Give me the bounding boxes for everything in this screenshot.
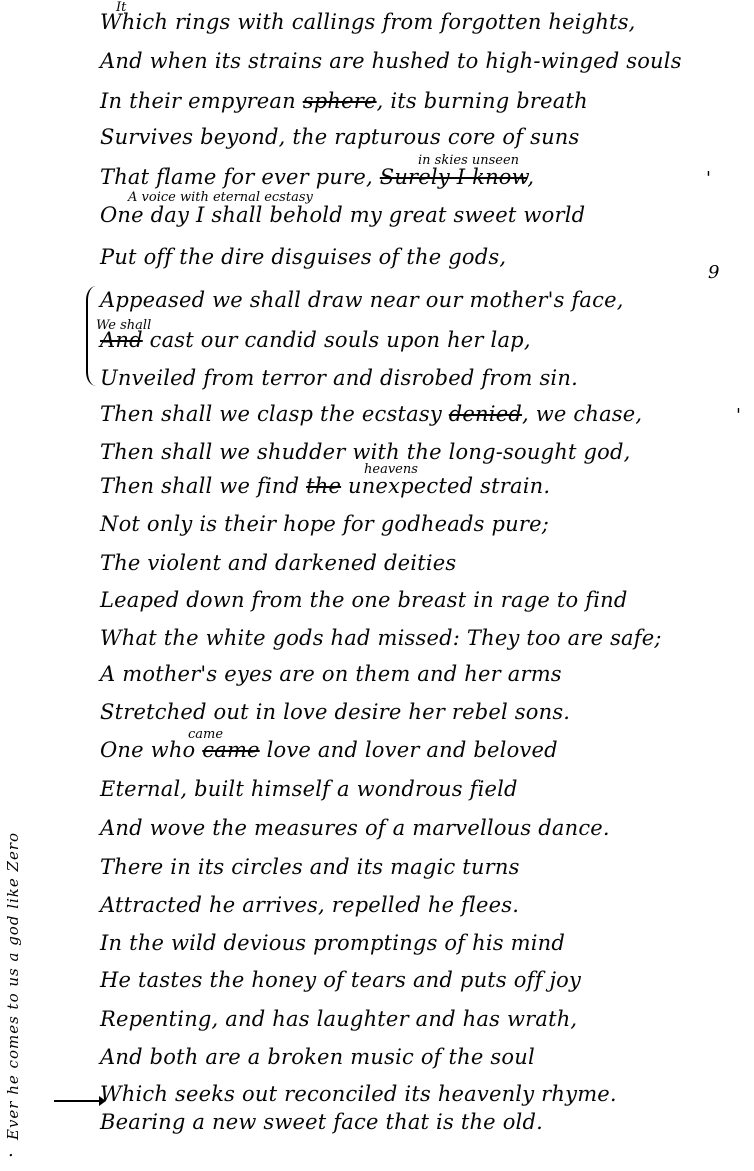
poem-line-25: In the wild devious promptings of his mi… (100, 931, 565, 955)
line-text: cast our candid souls upon her lap, (143, 328, 531, 352)
poem-line-12: Then shall we shudder with the long-soug… (100, 440, 630, 464)
poem-line-8: Appeased we shall draw near our mother's… (100, 288, 624, 312)
struck-word: denied (449, 402, 522, 426)
poem-line-21: Eternal, built himself a wondrous field (100, 777, 518, 801)
poem-line-23: There in its circles and its magic turns (100, 855, 520, 879)
poem-line-26: He tastes the honey of tears and puts of… (100, 968, 581, 992)
poem-line-6: One day I shall behold my great sweet wo… (100, 203, 585, 227)
poem-line-17: What the white gods had missed: They too… (100, 626, 662, 650)
poem-line-7: Put off the dire disguises of the gods, (100, 245, 506, 269)
line-text: unexpected strain. (341, 474, 550, 498)
poem-line-10: Unveiled from terror and disrobed from s… (100, 366, 578, 390)
struck-word: the (306, 474, 341, 498)
poem-line-27: Repenting, and has laughter and has wrat… (100, 1007, 577, 1031)
line-text: , (527, 165, 534, 189)
poem-line-19: Stretched out in love desire her rebel s… (100, 700, 570, 724)
poem-line-22: And wove the measures of a marvellous da… (100, 816, 610, 840)
manuscript-page: It Which rings with callings from forgot… (0, 0, 754, 1171)
line-text: In their empyrean (100, 89, 303, 113)
poem-line-13: Then shall we find the unexpected strain… (100, 474, 550, 498)
stray-mark: ' (706, 168, 711, 189)
poem-line-9: And cast our candid souls upon her lap, (100, 328, 531, 352)
poem-line-29: Which seeks out reconciled its heavenly … (100, 1082, 617, 1106)
poem-line-20: One who came love and lover and beloved (100, 738, 558, 762)
line-text: love and lover and beloved (260, 738, 558, 762)
poem-line-1: Which rings with callings from forgotten… (100, 10, 636, 34)
poem-line-5: That flame for ever pure, Surely I know, (100, 165, 534, 189)
stray-mark: ' (736, 405, 741, 426)
poem-line-24: Attracted he arrives, repelled he flees. (100, 893, 519, 917)
stray-mark: . (8, 1140, 14, 1161)
poem-line-3: In their empyrean sphere, its burning br… (100, 89, 588, 113)
poem-line-28: And both are a broken music of the soul (100, 1045, 535, 1069)
stray-mark: 9 (708, 262, 719, 283)
line-text: , its burning breath (377, 89, 588, 113)
line-text: Then shall we find (100, 474, 306, 498)
line-text: , we chase, (522, 402, 642, 426)
margin-bracket (86, 286, 98, 386)
insertion-arrow (54, 1100, 104, 1102)
poem-line-14: Not only is their hope for godheads pure… (100, 512, 549, 536)
poem-line-18: A mother's eyes are on them and her arms (100, 662, 562, 686)
poem-line-4: Survives beyond, the rapturous core of s… (100, 125, 580, 149)
struck-word: sphere (303, 89, 377, 113)
line-text: One who (100, 738, 202, 762)
poem-line-16: Leaped down from the one breast in rage … (100, 588, 627, 612)
poem-line-15: The violent and darkened deities (100, 551, 456, 575)
poem-line-2: And when its strains are hushed to high-… (100, 49, 682, 73)
margin-note-vertical: Ever he comes to us a god like Zero (4, 832, 22, 1140)
line-text: That flame for ever pure, (100, 165, 380, 189)
line-text: Then shall we clasp the ecstasy (100, 402, 449, 426)
poem-line-30: Bearing a new sweet face that is the old… (100, 1110, 543, 1134)
poem-line-11: Then shall we clasp the ecstasy denied, … (100, 402, 642, 426)
struck-phrase: Surely I know (380, 165, 528, 189)
struck-word: came (202, 738, 259, 762)
struck-word: And (100, 328, 143, 352)
